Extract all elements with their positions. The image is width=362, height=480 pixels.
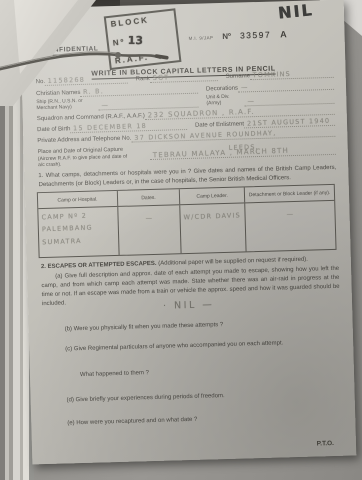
field-value-rank: SGT <box>153 73 170 82</box>
col-header-camp: Camp or Hospital. <box>38 191 118 208</box>
stamp-no-label: Nº <box>112 37 126 47</box>
field-label-date-of-enlistment: Date of Enlistment <box>195 121 244 130</box>
col-header-dates: Dates. <box>118 189 181 206</box>
cell-camp: CAMP Nº 2 PALEMBANG SUMATRA <box>38 207 119 257</box>
field-label-no: No. <box>36 79 46 86</box>
field-value-capture: TEBRAU MALAYA , MARCH 8TH <box>153 147 289 160</box>
field-label-address: Private Address and Telephone No. <box>37 135 131 145</box>
field-value-ship: — <box>101 101 109 109</box>
serial-grade: A <box>280 29 287 39</box>
question-2c2-text: What happened to them ? <box>80 364 342 380</box>
field-value-date-of-birth: 15 DECEMBER 18 <box>73 122 147 133</box>
serial-number-line: M.I. 9/JAP Nº 33597 A <box>188 29 286 42</box>
field-value-surname: TOMKINS <box>253 70 292 79</box>
col-header-camp-leader: Camp Leader. <box>180 187 246 204</box>
serial-org: M.I. 9/JAP <box>189 35 214 41</box>
field-value-unit: — <box>247 97 255 105</box>
cell-block-leader: — <box>245 201 335 251</box>
pto-footer: P.T.O. <box>317 440 334 447</box>
handwritten-nil-annotation: NIL <box>277 0 314 22</box>
field-label-surname: Surname <box>226 73 251 81</box>
serial-no-label: Nº <box>222 32 231 41</box>
camps-table: Camp or Hospital. Dates. Camp Leader. De… <box>37 184 337 258</box>
scanned-document-photo: CONFIDENTIAL BLOCK Nº 13 R.A.F. M.I. 9/J… <box>0 0 362 480</box>
field-label-date-of-birth: Date of Birth <box>37 126 71 134</box>
question-2b-text: (b) Were you physically fit when you mad… <box>65 318 341 335</box>
field-label-capture-sub: (Aircrew R.A.F. to give place and date o… <box>38 153 130 168</box>
field-label-decorations: Decorations <box>206 85 238 93</box>
field-label-unit: Unit & Div. (Army) <box>206 93 244 107</box>
stamp-line-block: BLOCK <box>110 15 149 28</box>
field-value-date-of-enlistment: 21ST AUGUST 1940 <box>247 117 331 128</box>
stamp-handwritten-number: 13 <box>127 33 143 46</box>
answer-nil: · NIL — <box>163 294 215 313</box>
camps-table-row: CAMP Nº 2 PALEMBANG SUMATRA — W/CDR DAVI… <box>38 201 335 257</box>
field-label-ship: Ship (R.N., U.S.N. or Merchant Navy) <box>36 97 98 111</box>
field-value-christian-names: R. B. <box>83 87 104 96</box>
question-2d-text: (d) Give briefly your experiences during… <box>67 389 343 406</box>
question-2c-text: (c) Give Regimental particulars of anyon… <box>65 338 341 355</box>
field-value-no: 1158268 <box>48 76 86 85</box>
form-page: CONFIDENTIAL BLOCK Nº 13 R.A.F. M.I. 9/J… <box>20 0 357 464</box>
block-raf-stamp: BLOCK Nº 13 R.A.F. <box>104 8 182 70</box>
cell-dates: — <box>118 205 181 255</box>
field-label-rank: Rank <box>136 76 150 84</box>
field-label-christian-names: Christian Names <box>36 90 81 98</box>
question-2e-text: (e) How were you recaptured and on what … <box>67 412 343 429</box>
stamp-line-raf: R.A.F. <box>114 53 149 66</box>
cell-camp-leader: W/CDR DAVIS <box>180 203 246 253</box>
field-value-decorations: — <box>241 83 249 91</box>
col-header-block-leader: Detachment or Block Leader (if any). <box>245 185 334 202</box>
serial-number: 33597 <box>240 30 271 41</box>
